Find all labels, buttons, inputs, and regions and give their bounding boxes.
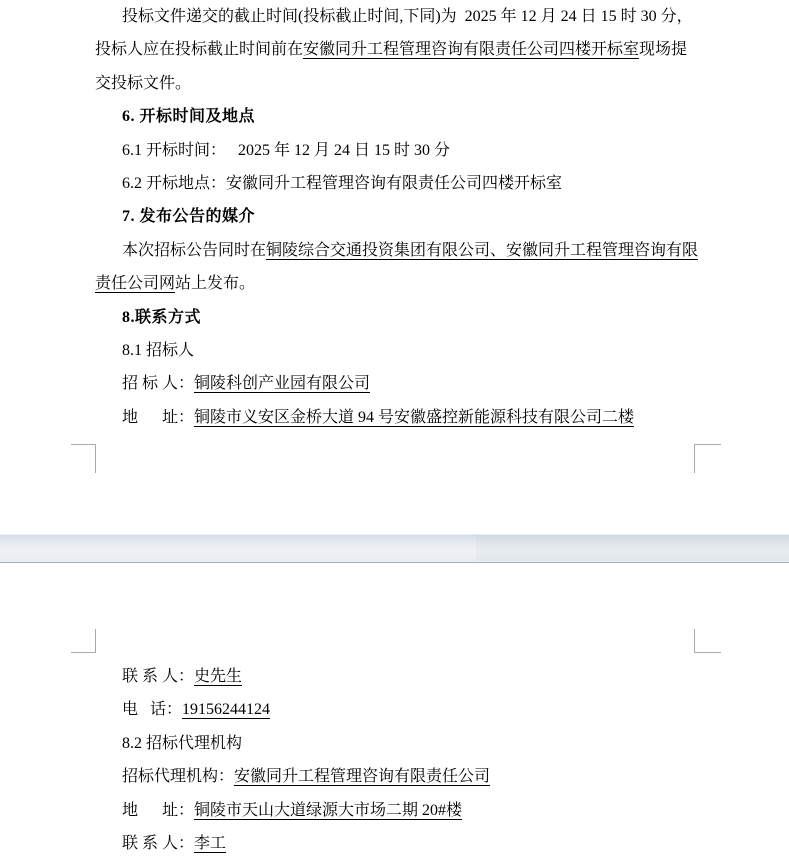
text-boundary-mark-bottom-right-h	[694, 444, 721, 445]
text-boundary-mark-top-left-v	[95, 629, 96, 653]
underlined-text: 史先生	[194, 668, 242, 686]
plain-text: 招 标 人：	[122, 375, 194, 392]
plain-text: 地 址：	[122, 802, 194, 819]
underlined-text: 铜陵市天山大道绿源大市场二期 20#楼	[194, 802, 462, 820]
page-1-content: 投标文件递交的截止时间(投标截止时间,下同)为 2025 年 12 月 24 日…	[95, 0, 735, 434]
underlined-text: 安徽同升工程管理咨询有限责任公司四楼开标室	[303, 41, 639, 59]
text-line: 招标代理机构：安徽同升工程管理咨询有限责任公司	[95, 760, 735, 793]
text-boundary-mark-bottom-left-v	[95, 444, 96, 473]
text-boundary-mark-bottom-left-h	[71, 444, 96, 445]
text-boundary-mark-top-left-h	[71, 652, 96, 653]
underlined-text: 铜陵市义安区金桥大道 94 号安徽盛控新能源科技有限公司二楼	[194, 409, 634, 427]
plain-text: 6.1 开标时间： 2025 年 12 月 24 日 15 时 30 分	[122, 142, 450, 159]
page-2-content: 联 系 人：史先生电 话：191562441248.2 招标代理机构招标代理机构…	[95, 660, 735, 856]
plain-text: 投标文件递交的截止时间(投标截止时间,下同)为 2025 年 12 月 24 日…	[122, 8, 693, 25]
text-boundary-mark-bottom-right-v	[694, 444, 695, 473]
text-line: 投标人应在投标截止时间前在安徽同升工程管理咨询有限责任公司四楼开标室现场提	[95, 33, 735, 66]
underlined-text: 安徽同升工程管理咨询有限责任公司	[234, 768, 490, 786]
text-line: 6.2 开标地点：安徽同升工程管理咨询有限责任公司四楼开标室	[95, 167, 735, 200]
plain-text: 交投标文件。	[95, 75, 191, 92]
underlined-text: 李工	[194, 835, 226, 853]
plain-text: 6. 开标时间及地点	[122, 108, 255, 125]
text-boundary-mark-top-right-v	[694, 629, 695, 653]
text-line: 责任公司网站上发布。	[95, 267, 735, 300]
plain-text: 7. 发布公告的媒介	[122, 208, 255, 225]
plain-text: 招标代理机构：	[122, 768, 234, 785]
text-line: 交投标文件。	[95, 67, 735, 100]
text-line: 6.1 开标时间： 2025 年 12 月 24 日 15 时 30 分	[95, 134, 735, 167]
text-line: 地 址：铜陵市义安区金桥大道 94 号安徽盛控新能源科技有限公司二楼	[95, 401, 735, 434]
text-line: 8.1 招标人	[95, 334, 735, 367]
heading-line: 8.联系方式	[95, 301, 735, 334]
page-gap-seam	[476, 535, 789, 561]
plain-text: 8.2 招标代理机构	[122, 735, 242, 752]
text-line: 招 标 人：铜陵科创产业园有限公司	[95, 367, 735, 400]
plain-text: 联 系 人：	[122, 835, 194, 852]
text-line: 联 系 人：史先生	[95, 660, 735, 693]
document-view: { "background_color": "#ffffff", "text_c…	[0, 0, 789, 856]
plain-text: 站上发布。	[175, 275, 255, 292]
plain-text: 现场提	[639, 41, 687, 58]
plain-text: 联 系 人：	[122, 668, 194, 685]
plain-text: 投标人应在投标截止时间前在	[95, 41, 303, 58]
heading-line: 7. 发布公告的媒介	[95, 200, 735, 233]
text-line: 地 址：铜陵市天山大道绿源大市场二期 20#楼	[95, 794, 735, 827]
text-line: 投标文件递交的截止时间(投标截止时间,下同)为 2025 年 12 月 24 日…	[95, 0, 735, 33]
plain-text: 6.2 开标地点：安徽同升工程管理咨询有限责任公司四楼开标室	[122, 175, 562, 192]
plain-text: 8.1 招标人	[122, 342, 194, 359]
text-line: 电 话：19156244124	[95, 693, 735, 726]
text-line: 本次招标公告同时在铜陵综合交通投资集团有限公司、安徽同升工程管理咨询有限	[95, 234, 735, 267]
plain-text: 本次招标公告同时在	[122, 242, 266, 259]
heading-line: 6. 开标时间及地点	[95, 100, 735, 133]
text-line: 联 系 人：李工	[95, 827, 735, 856]
plain-text: 8.联系方式	[122, 309, 201, 326]
text-line: 8.2 招标代理机构	[95, 727, 735, 760]
text-boundary-mark-top-right-h	[694, 652, 721, 653]
plain-text: 地 址：	[122, 409, 194, 426]
underlined-text: 铜陵综合交通投资集团有限公司、安徽同升工程管理咨询有限	[266, 242, 698, 260]
underlined-text: 责任公司网	[95, 275, 175, 293]
plain-text: 电 话：	[122, 701, 182, 718]
underlined-text: 19156244124	[182, 701, 270, 719]
underlined-text: 铜陵科创产业园有限公司	[194, 375, 370, 393]
